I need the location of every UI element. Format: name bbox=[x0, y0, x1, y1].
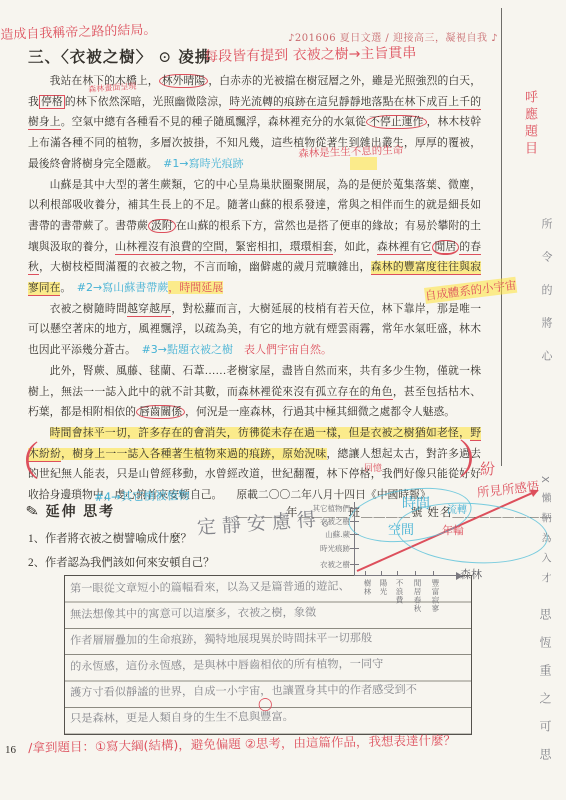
diagram-y-label-5: 衣被之樹 bbox=[290, 559, 350, 570]
answer-2-line-3: 作者層層疊加的生命痕跡，獨特地展現異於時間抹平一切那般 bbox=[70, 629, 372, 648]
essay-text: 。空氣中總有各種看不見的種子隨風飄浮，森林裡充分的水氣從 bbox=[61, 116, 366, 128]
page-number: 16 bbox=[5, 744, 16, 756]
answer-2-line-2: 無法想像其中的寓意可以這麼多，衣被之樹，象徵 bbox=[70, 604, 316, 622]
essay-title: 三、〈衣被之樹〉⊙凌拂 bbox=[28, 45, 211, 67]
diagram-keyword-1: 時間 bbox=[402, 493, 430, 513]
diagram-y-tick bbox=[350, 548, 359, 549]
scanned-worksheet-page: ♪201606 夏日文選 / 迎接高三，凝視自我 ♪ 三、〈衣被之樹〉⊙凌拂 我… bbox=[0, 0, 566, 800]
blue-margin-note: #3→點題衣被之樹 bbox=[131, 343, 233, 356]
diagram-x-tick bbox=[381, 571, 382, 576]
highlight-smudge bbox=[350, 157, 377, 170]
diagram-forest-label: 森林 bbox=[460, 566, 482, 582]
diagram-x-tick bbox=[415, 571, 416, 576]
answer-2-line-6: 只是森林，更是人類自身的生生不息與豐富。 bbox=[70, 708, 294, 726]
essay-body: 我站在林下的木橋上，林外晴陽，白赤赤的光被擋在樹冠層之外，雖是光照強烈的白天，我… bbox=[28, 71, 481, 506]
essay-text: ，何況是一座森林，行過其中極其細微之處都令人魅惑。 bbox=[185, 406, 455, 418]
essay-text: 汲附 bbox=[148, 219, 176, 233]
essay-title-name: 〈衣被之樹〉 bbox=[61, 49, 152, 66]
diagram-x-label-4: 閒居春秋 bbox=[412, 579, 423, 613]
diagram-y-label-2: 衣被之樹 bbox=[290, 516, 350, 527]
answer-2-line-1: 第一眼從文章短小的篇幅看來，以為又是篇普通的遊記、 bbox=[70, 578, 350, 596]
essay-title-index: 三、 bbox=[28, 49, 61, 66]
diagram-x-label-5: 豐富寂寥 bbox=[430, 579, 441, 613]
essay-text: 衣被之樹隨時間 bbox=[50, 303, 127, 315]
essay-text: ，大樹枝椏間滿覆的衣被之物，不言而喻，幽僻處的歲月荒曠雜出， bbox=[39, 261, 371, 273]
essay-text: ，時間延展 bbox=[168, 281, 223, 294]
essay-text: 森林裡有它 bbox=[377, 241, 432, 255]
diagram-keyword-4: 年輪 bbox=[442, 522, 464, 538]
diagram-x-label-1: 樹林 bbox=[362, 579, 373, 596]
main-idea-note: 每段皆有提到 衣被之樹→主旨貫串 bbox=[204, 42, 417, 66]
pen-icon: ✎ bbox=[24, 501, 42, 522]
diagram-y-tick bbox=[350, 521, 359, 522]
memory-note: 回憶 bbox=[364, 461, 382, 474]
diagram-y-tick bbox=[350, 508, 359, 509]
diagram-y-label-3: 山蘇.蕨 bbox=[290, 529, 350, 540]
essay-text: 停格 bbox=[39, 95, 65, 109]
answer-2-line-5: 護方寸看似靜謐的世界，自成一小宇宙，也讓置身其中的作者感受到不 bbox=[70, 681, 417, 700]
essay-text: 時間會抹平一切，許多存在的會消失，彷彿從未存在過一樣，但是衣被之樹猶如老怪， bbox=[50, 427, 471, 439]
diagram-x-axis bbox=[354, 575, 458, 576]
diagram-x-label-3: 不浪費 bbox=[394, 579, 405, 605]
topic-note-top-left: 造成自我稱帝之路的結局。 bbox=[0, 19, 157, 43]
essay-text: 唇齒關係 bbox=[136, 405, 185, 419]
blue-margin-note: #2→寫山蘇書帶蕨 bbox=[66, 281, 168, 294]
essay-text: ，如此， bbox=[333, 241, 377, 253]
diagram-keyword-3: 空間 bbox=[388, 519, 414, 538]
diagram-x-label-2: 陽光 bbox=[378, 579, 389, 596]
essay-text: 越穿越厚 bbox=[127, 303, 171, 317]
diagram-y-tick bbox=[350, 534, 359, 535]
essay-text: 表人們宇宙自然。 bbox=[233, 343, 332, 356]
diagram-x-tick bbox=[433, 571, 434, 576]
essay-paragraph-4: 此外，腎蕨、風藤、毬蘭、石葦……老樹家屋，盡皆自然而來，共有多少生物，僅就一株樹… bbox=[28, 361, 481, 423]
essay-text: 山林裡沒有浪費的空間，緊密相扣，環環相套 bbox=[115, 241, 333, 255]
essay-text: 森林裡從來沒有孤立存在的角色 bbox=[238, 386, 393, 400]
grader-mark: 紛 bbox=[480, 458, 495, 479]
essay-text: ，樹身上一一誌入各種著生植物來過的痕跡，原始況味 bbox=[61, 448, 326, 460]
title-dot-icon: ⊙ bbox=[158, 49, 172, 66]
essay-text: 閒居 bbox=[432, 240, 460, 255]
diagram-x-tick bbox=[365, 571, 366, 576]
diagram-x-tick bbox=[397, 571, 398, 576]
echo-title-note: 呼應題目 bbox=[520, 90, 539, 158]
essay-text: 的林下依然深暗，光照幽微陰涼， bbox=[65, 96, 229, 108]
question-1: 1、作者將衣被之樹譬喻成什麼？ bbox=[28, 530, 192, 546]
answer-2-line-4: 的永恆感，這份永恆感，是與林中唇齒相依的所有植物，一同守 bbox=[70, 655, 383, 674]
diagram-y-tick bbox=[350, 564, 359, 565]
diagram-y-label-1: 其它植物們 bbox=[290, 503, 350, 514]
essay-text: 不停止運作 bbox=[366, 115, 427, 129]
essay-paragraph-2: 山蘇是其中大型的著生蕨類，它的中心呈鳥巢狀圈聚開展，為的是便於蒐集落葉、微塵，以… bbox=[28, 175, 481, 299]
margin-scribble-lower: 思恆重之可思 bbox=[537, 608, 554, 776]
diagram-y-label-4: 時光痕跡 bbox=[290, 543, 350, 554]
blue-note-4: #4→其它樹被植物 bbox=[94, 487, 190, 505]
page-border-line bbox=[501, 8, 502, 466]
blue-margin-note: #1→寫時光痕跡 bbox=[152, 157, 243, 170]
essay-text: 林外晴陽 bbox=[159, 74, 209, 88]
question-2: 2、作者認為我們該如何來安頓自己？ bbox=[28, 554, 214, 570]
margin-scribble-upper: 所令的將心 bbox=[538, 218, 554, 383]
essay-paragraph-3: 衣被之樹隨時間越穿越厚，對松蘿而言，大樹延展的枝梢有若天位，林下靠岸，那是唯一可… bbox=[28, 299, 481, 361]
red-bracket-open: （ bbox=[0, 430, 40, 487]
diagram-keyword-2: 流轉 bbox=[447, 501, 467, 516]
extension-section-title: 延伸 思考 bbox=[46, 505, 116, 520]
margin-scribble-mid: X懶鞆為入才 bbox=[537, 476, 552, 593]
